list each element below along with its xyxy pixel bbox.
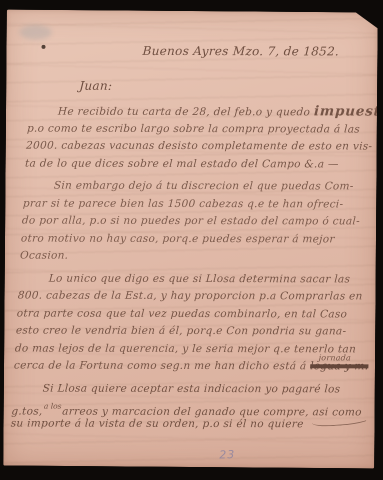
handwritten-line: otra parte cosa que tal vez puedas combi… — [16, 305, 364, 323]
paragraph-2: Sin embargo dejo á tu discrecion el que … — [19, 178, 371, 266]
handwritten-line: 800. cabezas de la Est.a, y hay proporci… — [17, 288, 365, 306]
handwritten-line: do por alla, p.o si no puedes por el est… — [21, 213, 369, 231]
correction: legua y m.jornada — [310, 358, 369, 376]
page-number-annotation: 23 — [219, 448, 235, 461]
scan-background: Buenos Ayres Mzo. 7, de 1852. Juan: He r… — [0, 0, 383, 480]
handwritten-line: prar si te parece bien las 1500 cabezas … — [22, 195, 370, 213]
letter-body: Buenos Ayres Mzo. 7, de 1852. Juan: He r… — [0, 11, 383, 468]
handwritten-line: ta de lo que dices sobre el mal estado d… — [25, 155, 373, 173]
handwritten-line: do mas lejos de la querencia, y le seria… — [14, 340, 362, 358]
paragraph-4: Si Llosa quiere aceptar esta indicacion … — [10, 380, 360, 433]
salutation: Juan: — [79, 77, 377, 96]
handwritten-line: He recibido tu carta de 28, del feb.o y … — [27, 103, 375, 121]
handwritten-line: Sin embargo dejo á tu discrecion el que … — [23, 178, 371, 196]
handwritten-line: Si Llosa quiere aceptar esta indicacion … — [12, 380, 360, 398]
inserted-word: a los — [44, 402, 62, 411]
handwritten-line: g.tos,a losarreos y marcacion del ganado… — [11, 397, 359, 415]
paragraph-1: He recibido tu carta de 28, del feb.o y … — [25, 103, 376, 174]
handwritten-line: otro motivo no hay caso, porq.e puedes e… — [20, 230, 368, 248]
inserted-word: jornada — [318, 349, 351, 367]
handwritten-line: cerca de la Fortuna como seg.n me han di… — [13, 358, 361, 376]
line-text: cerca de la Fortuna como seg.n me han di… — [14, 360, 311, 373]
letter-page: Buenos Ayres Mzo. 7, de 1852. Juan: He r… — [3, 10, 378, 469]
paragraph-3: Lo unico que digo es que si Llosa determ… — [13, 270, 366, 376]
handwritten-line: Ocasion. — [19, 248, 367, 266]
handwritten-line: Lo unico que digo es que si Llosa determ… — [18, 270, 366, 288]
line-text: He recibido tu carta de 28, del feb.o y … — [58, 106, 315, 119]
emphasized-word: impuesto; — [313, 103, 383, 119]
flourish-underline — [312, 415, 374, 427]
handwritten-line: p.o como te escribo largo sobre la compr… — [27, 120, 375, 138]
dateline: Buenos Ayres Mzo. 7, de 1852. — [31, 41, 379, 62]
handwritten-line: esto creo le vendria bien á él, porq.e C… — [15, 323, 363, 341]
handwritten-line: 2000. cabezas vacunas desisto completame… — [26, 138, 374, 156]
handwritten-line: su importe á la vista de su orden, p.o s… — [10, 415, 358, 433]
line-text: su importe á la vista de su orden, p.o s… — [10, 417, 304, 430]
